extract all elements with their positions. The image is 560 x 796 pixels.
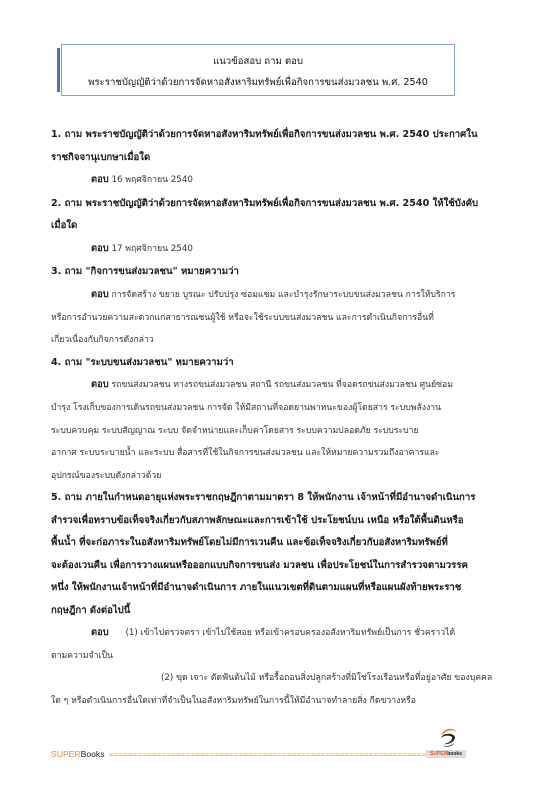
question-text: 5. ถาม ภายในกำหนดอายุแห่งพระราชกฤษฎีกาตา… — [51, 487, 521, 510]
answer-text: 17 พฤศจิกายน 2540 — [111, 244, 192, 254]
question-text: 2. ถาม พระราชบัญญัติว่าด้วยการจัดหาอสังห… — [51, 193, 521, 216]
header-accent-bar — [57, 48, 60, 92]
question-text: 4. ถาม "ระบบขนส่งมวลชน" หมายความว่า — [51, 352, 521, 375]
question-text: พื้นน้ำ ที่จะก่อภาระในอสังหาริมทรัพย์โดย… — [51, 532, 521, 555]
answer-text: อุปกรณ์ของระบบดังกล่าวด้วย — [51, 465, 521, 488]
answer-text: การจัดสร้าง ขยาย บูรณะ ปรับปรุง ซ่อมแซม … — [111, 290, 455, 300]
question-text: ราชกิจจานุเบกษาเมื่อใด — [51, 147, 521, 170]
footer-brand-books: Books — [81, 749, 105, 759]
answer-item-1: ตอบ (1) เข้าไปตรวจตรา เข้าไปใช้สอย หรือเ… — [51, 622, 521, 645]
page-title: พระราชบัญญัติว่าด้วยการจัดหาอสังหาริมทรั… — [62, 75, 454, 90]
question-4: 4. ถาม "ระบบขนส่งมวลชน" หมายความว่า ตอบ … — [51, 352, 521, 488]
answer-text: ระบบควบคุม ระบบสัญญาณ ระบบ จัดจำหน่ายและ… — [51, 420, 521, 443]
answer-text: ตามความจำเป็น — [51, 645, 521, 668]
answer-text: หรือการอำนวยความสะดวกแก่สาธารณชนผู้ใช้ ห… — [51, 307, 521, 330]
answer-text: บำรุง โรงเก็บของการเดินรถขนส่งมวลชน การจ… — [51, 397, 521, 420]
question-3: 3. ถาม "กิจการขนส่งมวลชน" หมายความว่า ตอ… — [51, 261, 521, 351]
question-2: 2. ถาม พระราชบัญญัติว่าด้วยการจัดหาอสังห… — [51, 193, 521, 262]
answer: ตอบ 17 พฤศจิกายน 2540 — [51, 238, 521, 262]
answer-item-2: (2) ขุด เจาะ ตัดฟันต้นไม้ หรือรื้อถอนสิ่… — [51, 667, 521, 690]
answer-label: ตอบ — [91, 379, 109, 390]
answer-label: ตอบ — [91, 289, 109, 300]
question-text: 3. ถาม "กิจการขนส่งมวลชน" หมายความว่า — [51, 261, 521, 284]
answer-text: 16 พฤศจิกายน 2540 — [111, 175, 192, 185]
answer: ตอบ การจัดสร้าง ขยาย บูรณะ ปรับปรุง ซ่อม… — [51, 284, 521, 307]
answer: ตอบ 16 พฤศจิกายน 2540 — [51, 169, 521, 193]
answer-text: (1) เข้าไปตรวจตรา เข้าไปใช้สอย หรือเข้าค… — [111, 628, 455, 638]
answer-text: รถขนส่งมวลชน ทางรถขนส่งมวลชน สถานี รถขนส… — [111, 380, 453, 390]
footer-brand-super: SUPER — [51, 749, 81, 759]
superbooks-logo: SUPERbooks — [426, 726, 466, 762]
question-text: 1. ถาม พระราชบัญญัติว่าด้วยการจัดหาอสังห… — [51, 124, 521, 147]
question-text: เมื่อใด — [51, 215, 521, 238]
answer-label: ตอบ — [91, 243, 109, 254]
logo-swoosh-icon — [438, 726, 458, 750]
question-1: 1. ถาม พระราชบัญญัติว่าด้วยการจัดหาอสังห… — [51, 124, 521, 193]
answer-text: อากาศ ระบบระบายน้ำ และระบบ สื่อสารที่ใช้… — [51, 442, 521, 465]
answer-text: เกี่ยวเนื่องกับกิจการดังกล่าว — [51, 329, 521, 352]
question-text: สำรวจเพื่อทราบข้อเท็จจริงเกี่ยวกับสภาพลั… — [51, 510, 521, 533]
document-header: แนวข้อสอบ ถาม ตอบ พระราชบัญญัติว่าด้วยกา… — [61, 44, 455, 96]
header-subtitle: แนวข้อสอบ ถาม ตอบ — [62, 54, 454, 69]
question-text: หนึ่ง ให้พนักงานเจ้าหน้าที่มีอำนาจดำเนิน… — [51, 577, 521, 600]
logo-wordmark: SUPERbooks — [426, 750, 466, 758]
question-text: กฤษฎีกา ดังต่อไปนี้ — [51, 600, 521, 623]
question-5: 5. ถาม ภายในกำหนดอายุแห่งพระราชกฤษฎีกาตา… — [51, 487, 521, 712]
answer-label: ตอบ — [91, 174, 109, 185]
answer-label: ตอบ — [91, 627, 109, 638]
answer: ตอบ รถขนส่งมวลชน ทางรถขนส่งมวลชน สถานี ร… — [51, 374, 521, 397]
question-text: จะต้องเวนคืน เพื่อการวางแผนหรือออกแบบกิจ… — [51, 555, 521, 578]
qa-content: 1. ถาม พระราชบัญญัติว่าด้วยการจัดหาอสังห… — [51, 124, 521, 712]
answer-text: ใด ๆ หรือดำเนินการอื่นใดเท่าที่จำเป็นในอ… — [51, 690, 521, 713]
